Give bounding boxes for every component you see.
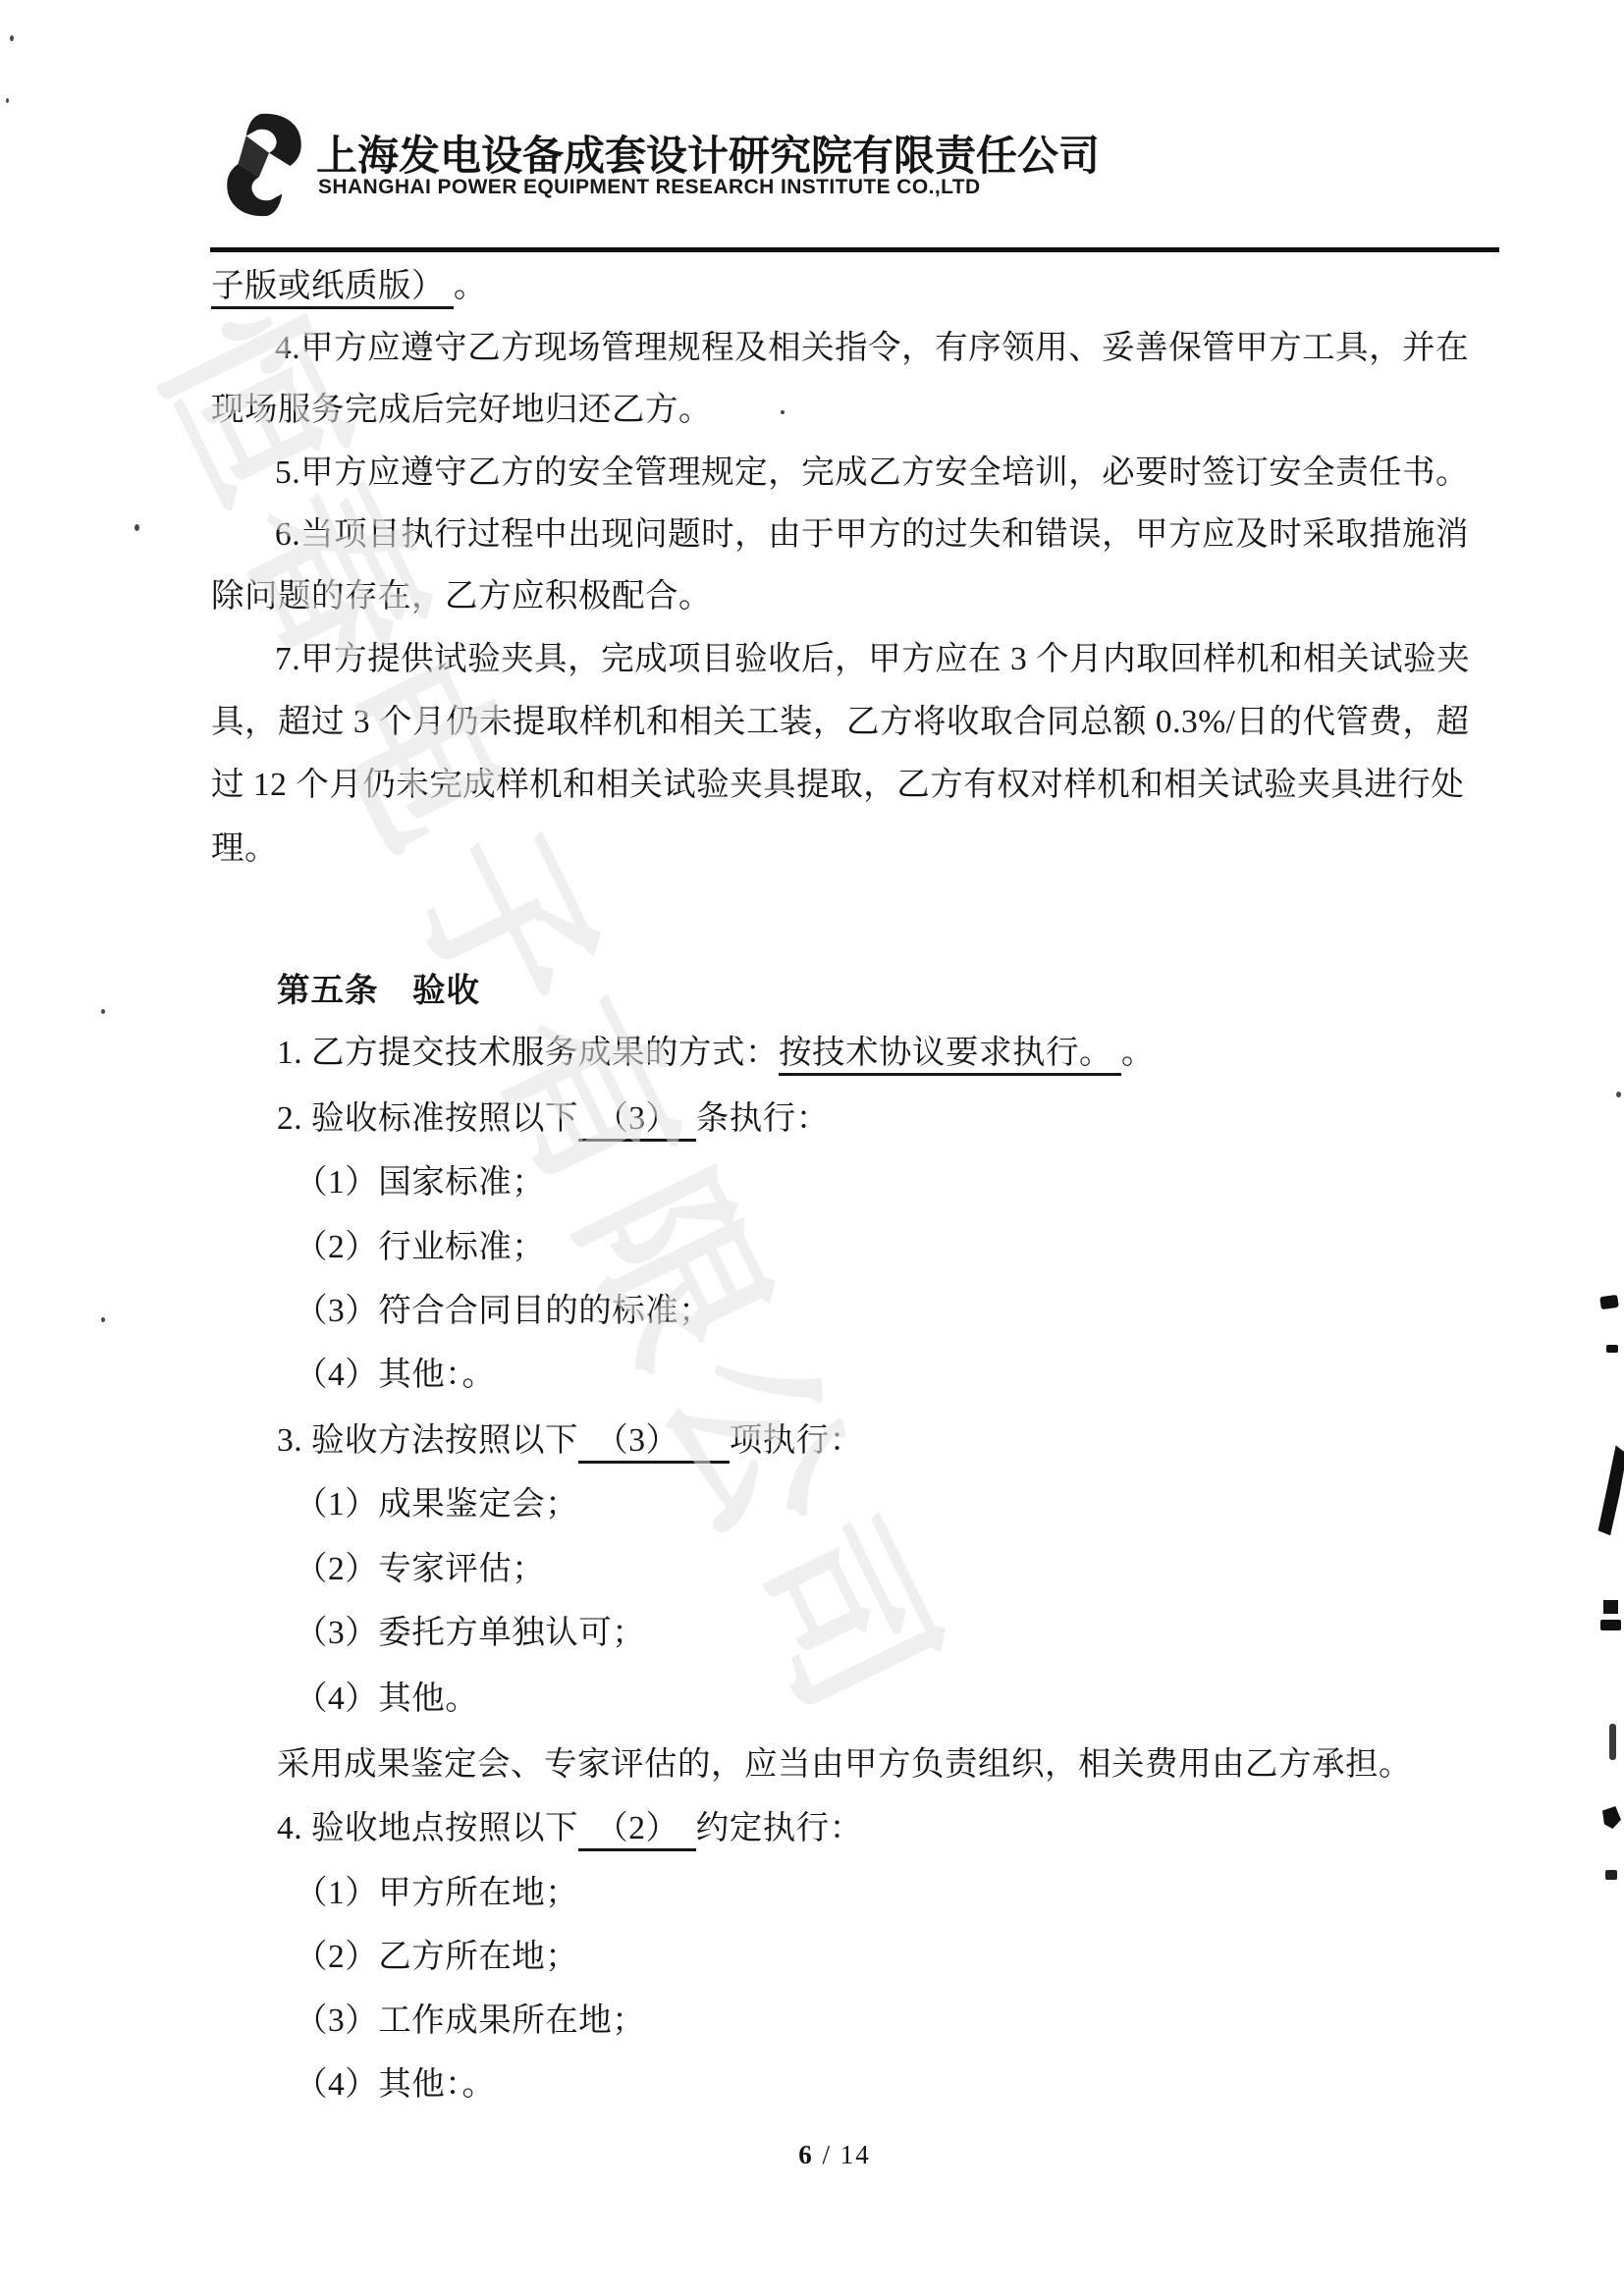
text-run: 4. 验收地点按照以下 <box>277 1810 578 1846</box>
text-run: 约定执行： <box>696 1810 863 1846</box>
scan-artifact <box>1609 1724 1616 1760</box>
text-line: 7.甲方提供试验夹具，完成项目验收后，甲方应在 3 个月内取回样机和相关试验夹 <box>275 640 1470 679</box>
text-line: （3）符合合同目的的标准； <box>295 1292 712 1331</box>
company-name-en: SHANGHAI POWER EQUIPMENT RESEARCH INSTIT… <box>318 176 981 199</box>
text-run: 过 12 个月仍未完成样机和相关试验夹具提取，乙方有权对样机和相关试验夹具进行处 <box>211 767 1464 803</box>
page-number: 6 <box>798 2140 814 2169</box>
text-run: （4）其他。 <box>295 1681 478 1717</box>
scan-speck <box>1616 1092 1621 1097</box>
text-run: 第五条 验收 <box>277 973 480 1009</box>
underlined-text: 按技术协议要求执行。 <box>779 1035 1121 1076</box>
text-run: （3）工作成果所在地； <box>295 2002 645 2039</box>
text-run: （2）乙方所在地； <box>295 1939 578 1975</box>
text-run: （2）专家评估； <box>295 1551 545 1587</box>
text-run: 5.甲方应遵守乙方的安全管理规定，完成乙方安全培训，必要时签订安全责任书。 <box>275 454 1469 491</box>
scan-artifact <box>1606 1345 1618 1353</box>
page-footer: 6 / 14 <box>761 2140 908 2170</box>
text-run: 1. 乙方提交技术服务成果的方式： <box>277 1035 779 1071</box>
text-line: （1）成果鉴定会； <box>295 1485 578 1524</box>
text-run: 4.甲方应遵守乙方现场管理规程及相关指令，有序领用、妥善保管甲方工具，并在 <box>275 330 1469 366</box>
scan-speck <box>135 524 139 531</box>
text-run: 具，超过 3 个月仍未提取样机和相关工装，乙方将收取合同总额 0.3%/日的代管… <box>211 704 1469 740</box>
text-line: 具，超过 3 个月仍未提取样机和相关工装，乙方将收取合同总额 0.3%/日的代管… <box>211 703 1469 742</box>
text-run: （4）其他：。 <box>295 2066 496 2103</box>
scan-artifact <box>1605 1870 1617 1880</box>
letterhead-divider <box>210 247 1499 252</box>
underlined-text: （3） <box>578 1100 696 1142</box>
text-line: 子版或纸质版） 。 <box>211 267 487 306</box>
text-line: 1. 乙方提交技术服务成果的方式：按技术协议要求执行。 。 <box>277 1034 1155 1073</box>
text-run: 3. 验收方法按照以下 <box>277 1422 578 1459</box>
text-line: （2）行业标准； <box>295 1228 545 1267</box>
text-line: 2. 验收标准按照以下 （3） 条执行： <box>277 1099 830 1139</box>
text-line: （1）国家标准； <box>295 1163 545 1202</box>
underlined-text: （3） <box>578 1422 730 1464</box>
text-run: （2）行业标准； <box>295 1229 545 1265</box>
text-run: （1）国家标准； <box>295 1164 545 1201</box>
text-run: （1）甲方所在地； <box>295 1875 578 1911</box>
scan-speck <box>101 1009 105 1014</box>
text-run: 条执行： <box>696 1100 830 1137</box>
text-line: 5.甲方应遵守乙方的安全管理规定，完成乙方安全培训，必要时签订安全责任书。 <box>275 454 1469 493</box>
scan-speck <box>101 1317 105 1322</box>
text-line: 采用成果鉴定会、专家评估的，应当由甲方负责组织，相关费用由乙方承担。 <box>277 1745 1412 1785</box>
text-line: 第五条 验收 <box>277 972 480 1011</box>
text-line: 除问题的存在，乙方应积极配合。 <box>211 577 712 616</box>
text-line: 4.甲方应遵守乙方现场管理规程及相关指令，有序领用、妥善保管甲方工具，并在 <box>275 329 1469 368</box>
text-run: 采用成果鉴定会、专家评估的，应当由甲方负责组织，相关费用由乙方承担。 <box>277 1746 1412 1783</box>
underlined-text: （2） <box>578 1810 696 1851</box>
scan-artifact <box>1599 1295 1619 1309</box>
text-run: 。 <box>1121 1035 1155 1071</box>
text-run: 6.当项目执行过程中出现问题时，由于甲方的过失和错误，甲方应及时采取措施消 <box>275 516 1469 553</box>
text-run: （3）委托方单独认可； <box>295 1615 645 1651</box>
page-total: 14 <box>840 2140 871 2169</box>
text-line: 理。 <box>211 829 278 869</box>
text-line: 过 12 个月仍未完成样机和相关试验夹具提取，乙方有权对样机和相关试验夹具进行处 <box>211 766 1464 805</box>
text-line: （3）工作成果所在地； <box>295 2002 645 2041</box>
scan-speck <box>781 410 785 414</box>
text-line: （4）其他：。 <box>295 2065 496 2105</box>
text-run: （3）符合合同目的的标准； <box>295 1293 712 1329</box>
scan-speck <box>10 35 14 41</box>
scan-artifact <box>1603 1600 1618 1614</box>
text-run: （4）其他：。 <box>295 1357 496 1393</box>
text-line: 6.当项目执行过程中出现问题时，由于甲方的过失和错误，甲方应及时采取措施消 <box>275 515 1469 555</box>
text-line: 现场服务完成后完好地归还乙方。 <box>211 391 712 430</box>
text-run: 。 <box>454 268 487 304</box>
page-separator: / <box>822 2140 832 2169</box>
company-name-cn: 上海发电设备成套设计研究院有限责任公司 <box>316 124 1100 183</box>
text-run: 除问题的存在，乙方应积极配合。 <box>211 578 712 614</box>
text-line: （1）甲方所在地； <box>295 1874 578 1913</box>
text-line: （2）乙方所在地； <box>295 1938 578 1977</box>
underlined-text: 子版或纸质版） <box>211 268 454 309</box>
company-logo-swirl-icon <box>224 112 304 218</box>
text-run: 现场服务完成后完好地归还乙方。 <box>211 392 712 428</box>
text-run: 2. 验收标准按照以下 <box>277 1100 578 1137</box>
text-run: 7.甲方提供试验夹具，完成项目验收后，甲方应在 3 个月内取回样机和相关试验夹 <box>275 641 1470 677</box>
text-run: （1）成果鉴定会； <box>295 1486 578 1522</box>
scan-artifact <box>1600 1620 1621 1630</box>
scan-artifact <box>1602 1806 1621 1829</box>
text-run: 项执行： <box>730 1422 863 1459</box>
text-line: （4）其他：。 <box>295 1356 496 1395</box>
scan-speck <box>6 98 9 103</box>
text-line: 4. 验收地点按照以下 （2） 约定执行： <box>277 1809 863 1848</box>
text-run: 理。 <box>211 830 278 867</box>
scan-artifact <box>1592 1444 1624 1536</box>
text-line: （3）委托方单独认可； <box>295 1614 645 1653</box>
contract-page: 上海发电设备成套设计研究院有限责任公司 SHANGHAI POWER EQUIP… <box>0 0 1624 2296</box>
text-line: （2）专家评估； <box>295 1550 545 1589</box>
text-line: （4）其他。 <box>295 1680 478 1719</box>
text-line: 3. 验收方法按照以下 （3） 项执行： <box>277 1421 863 1461</box>
